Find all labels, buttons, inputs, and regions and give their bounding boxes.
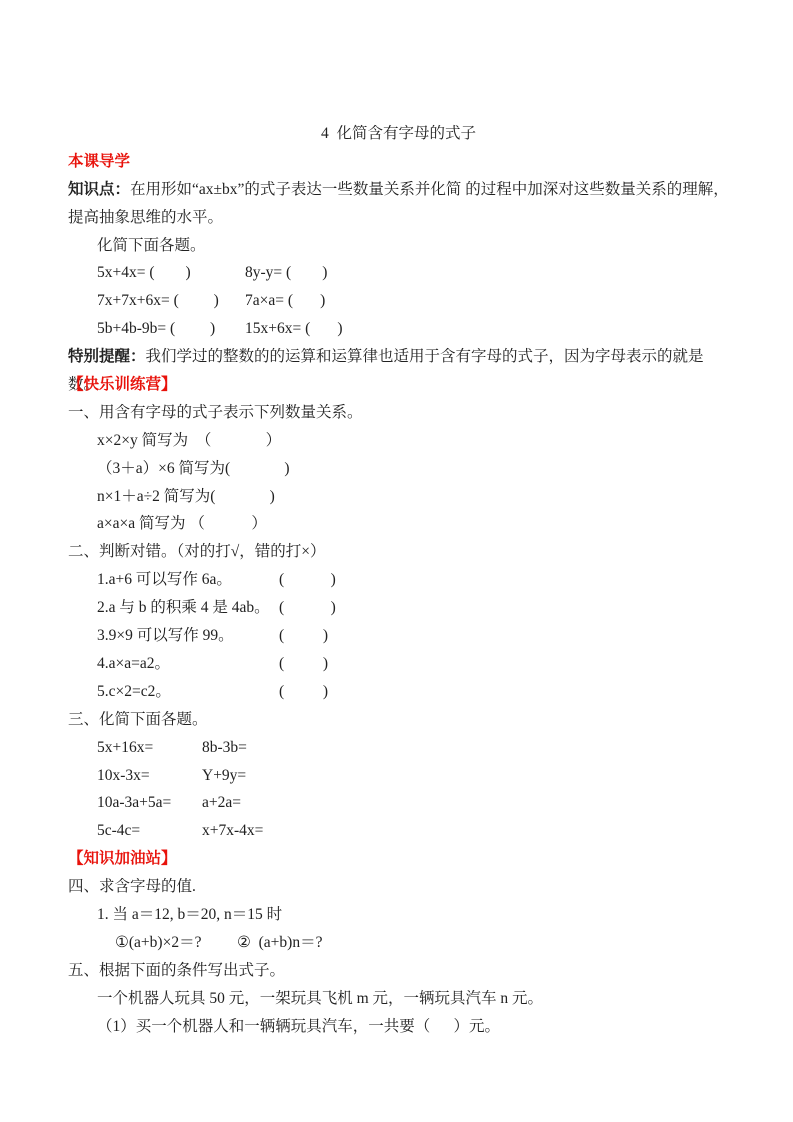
section2-item: 2.a 与 b 的积乘 4 是 4ab。 ( ) <box>97 594 729 622</box>
guide-problem-right: 15x+6x= ( ) <box>245 315 343 343</box>
simplify-left: 10x-3x= <box>97 762 202 790</box>
knowledge-point-text: 在用形如“ax±bx”的式子表达一些数量关系并化简 的过程中加深对这些数量关系的… <box>68 181 729 226</box>
knowledge-point-paragraph: 知识点：在用形如“ax±bx”的式子表达一些数量关系并化简 的过程中加深对这些数… <box>68 176 729 232</box>
guide-simplify-row: 7x+7x+6x= ( ) 7a×a= ( ) <box>97 287 729 315</box>
simplify-left: 5c-4c= <box>97 817 202 845</box>
judge-item-blank: ( ) <box>279 678 328 706</box>
section3-row: 10x-3x= Y+9y= <box>97 762 729 790</box>
simplify-right: 8b-3b= <box>202 734 247 762</box>
guide-simplify-row: 5b+4b-9b= ( ) 15x+6x= ( ) <box>97 315 729 343</box>
section4-questions: ①(a+b)×2＝? ② (a+b)n＝? <box>115 929 729 957</box>
simplify-right: a+2a= <box>202 789 241 817</box>
section3-heading: 三、化简下面各题。 <box>68 706 729 734</box>
section2-heading: 二、判断对错。（对的打√，错的打×） <box>68 538 729 566</box>
judge-item-blank: ( ) <box>279 650 328 678</box>
section4-heading: 四、求含字母的值. <box>68 873 729 901</box>
section3-row: 5c-4c= x+7x-4x= <box>97 817 729 845</box>
judge-item-text: 5.c×2=c2。 <box>97 678 279 706</box>
guide-heading: 本课导学 <box>68 148 729 176</box>
judge-item-text: 4.a×a=a2。 <box>97 650 279 678</box>
simplify-left: 10a-3a+5a= <box>97 789 202 817</box>
section2-item: 1.a+6 可以写作 6a。 ( ) <box>97 566 729 594</box>
judge-item-blank: ( ) <box>279 622 328 650</box>
simplify-left: 5x+16x= <box>97 734 202 762</box>
judge-item-text: 3.9×9 可以写作 99。 <box>97 622 279 650</box>
simplify-right: x+7x-4x= <box>202 817 263 845</box>
simplify-right: Y+9y= <box>202 762 246 790</box>
judge-item-blank: ( ) <box>279 566 336 594</box>
section2-item: 4.a×a=a2。 ( ) <box>97 650 729 678</box>
knowledge-station-heading: 【知识加油站】 <box>68 845 729 873</box>
guide-problem-right: 8y-y= ( ) <box>245 259 327 287</box>
section1-item: n×1＋a÷2 简写为( ) <box>97 483 729 511</box>
guide-problem-right: 7a×a= ( ) <box>245 287 325 315</box>
guide-simplify-row: 5x+4x= ( ) 8y-y= ( ) <box>97 259 729 287</box>
section1-item: x×2×y 简写为 （ ） <box>97 427 729 455</box>
section1-item: a×a×a 简写为 （ ） <box>97 510 729 538</box>
section3-row: 5x+16x= 8b-3b= <box>97 734 729 762</box>
knowledge-point-label: 知识点： <box>68 181 130 198</box>
guide-practice-intro: 化简下面各题。 <box>97 232 729 260</box>
section5-heading: 五、根据下面的条件写出式子。 <box>68 957 729 985</box>
section1-item: （3＋a）×6 简写为( ) <box>97 455 729 483</box>
section2-item: 3.9×9 可以写作 99。 ( ) <box>97 622 729 650</box>
section4-question-1: ①(a+b)×2＝? <box>115 929 237 957</box>
reminder-paragraph: 特别提醒：我们学过的整数的的运算和运算律也适用于含有字母的式子，因为字母表示的就… <box>68 343 729 371</box>
judge-item-text: 1.a+6 可以写作 6a。 <box>97 566 279 594</box>
section4-question-2: ② (a+b)n＝? <box>237 929 322 957</box>
judge-item-text: 2.a 与 b 的积乘 4 是 4ab。 <box>97 594 279 622</box>
section2-item: 5.c×2=c2。 ( ) <box>97 678 729 706</box>
training-camp-heading: 【快乐训练营】 <box>68 371 729 399</box>
page-title: 4 化简含有字母的式子 <box>68 120 729 148</box>
judge-item-blank: ( ) <box>279 594 336 622</box>
section3-row: 10a-3a+5a= a+2a= <box>97 789 729 817</box>
guide-problem-left: 5b+4b-9b= ( ) <box>97 315 245 343</box>
section5-condition: 一个机器人玩具 50 元，一架玩具飞机 m 元，一辆玩具汽车 n 元。 <box>97 985 729 1013</box>
section5-question-1: （1）买一个机器人和一辆辆玩具汽车，一共要（ ）元。 <box>97 1013 729 1041</box>
worksheet-page: 4 化简含有字母的式子 本课导学 知识点：在用形如“ax±bx”的式子表达一些数… <box>0 0 793 1122</box>
section4-given: 1. 当 a＝12, b＝20, n＝15 时 <box>97 901 729 929</box>
section1-heading: 一、用含有字母的式子表示下列数量关系。 <box>68 399 729 427</box>
guide-problem-left: 5x+4x= ( ) <box>97 259 245 287</box>
reminder-label: 特别提醒： <box>68 348 146 365</box>
guide-problem-left: 7x+7x+6x= ( ) <box>97 287 245 315</box>
